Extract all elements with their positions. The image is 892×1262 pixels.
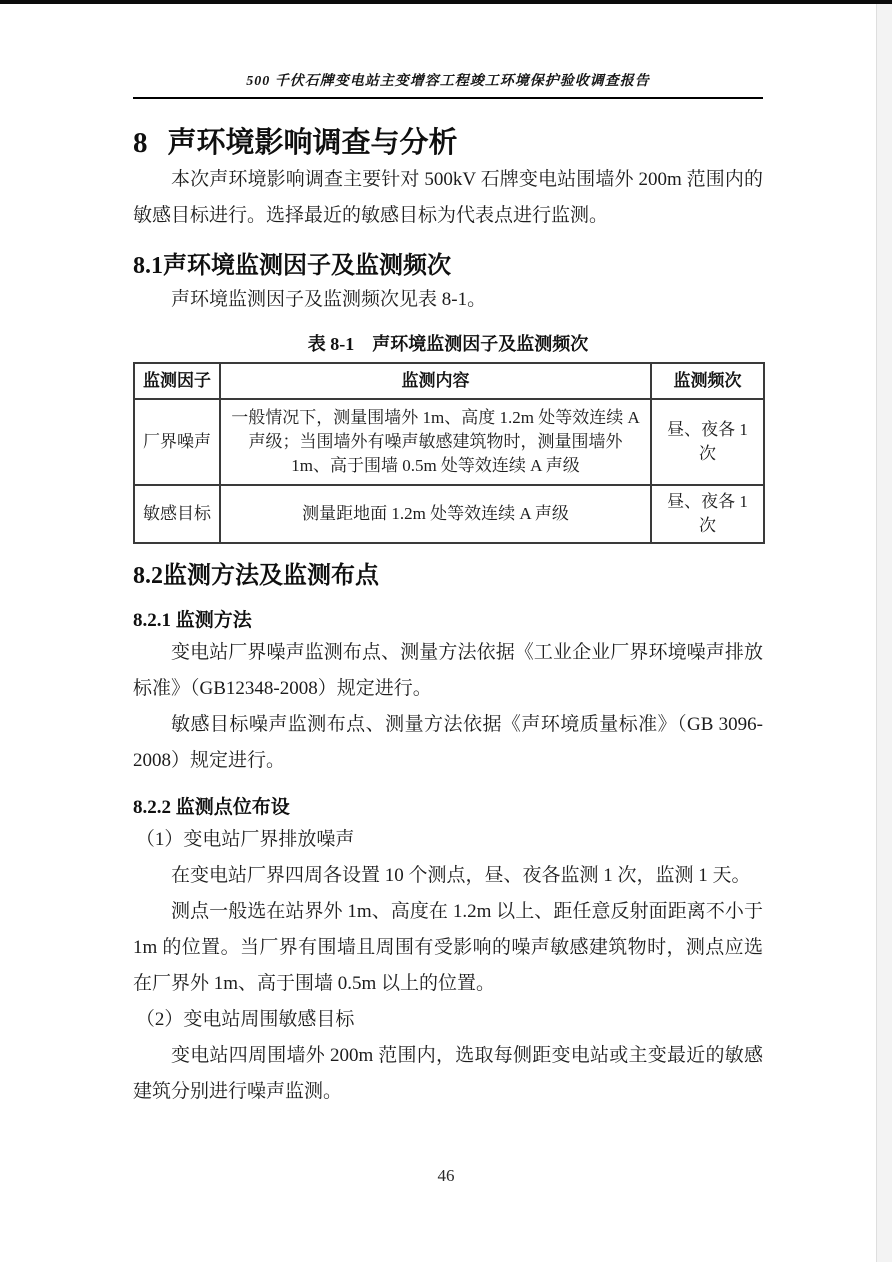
section-8-2-1-paragraph-2: 敏感目标噪声监测布点、测量方法依据《声环境质量标准》（GB 3096-2008）… xyxy=(133,707,763,779)
cell-content: 测量距地面 1.2m 处等效连续 A 声级 xyxy=(220,485,651,543)
section-8-2-1-heading: 8.2.1 监测方法 xyxy=(133,607,763,635)
item-1-paragraph-1: 在变电站厂界四周各设置 10 个测点，昼、夜各监测 1 次，监测 1 天。 xyxy=(133,858,763,894)
chapter-intro-paragraph: 本次声环境影响调查主要针对 500kV 石牌变电站围墙外 200m 范围内的敏感… xyxy=(133,162,763,234)
cell-frequency: 昼、夜各 1 次 xyxy=(651,399,764,485)
section-8-1-paragraph: 声环境监测因子及监测频次见表 8-1。 xyxy=(133,282,763,318)
section-8-1-heading: 8.1声环境监测因子及监测频次 xyxy=(133,250,763,282)
section-8-2-heading: 8.2监测方法及监测布点 xyxy=(133,560,763,592)
running-header: 500 千伏石牌变电站主变增容工程竣工环境保护验收调查报告 xyxy=(133,0,763,90)
scan-right-edge xyxy=(876,4,892,1262)
page-content: 500 千伏石牌变电站主变增容工程竣工环境保护验收调查报告 8声环境影响调查与分… xyxy=(133,0,763,1110)
section-8-2-2-heading: 8.2.2 监测点位布设 xyxy=(133,794,763,822)
item-1-paragraph-2: 测点一般选在站界外 1m、高度在 1.2m 以上、距任意反射面距离不小于 1m … xyxy=(133,894,763,1002)
table-header-content: 监测内容 xyxy=(220,363,651,399)
page-number: 46 xyxy=(0,1166,892,1186)
cell-frequency: 昼、夜各 1 次 xyxy=(651,485,764,543)
item-2-title: （2）变电站周围敏感目标 xyxy=(133,1002,763,1038)
header-rule xyxy=(133,97,763,99)
table-header-factor: 监测因子 xyxy=(134,363,220,399)
table-caption: 表 8-1 声环境监测因子及监测频次 xyxy=(133,330,763,356)
section-8-2-1-paragraph-1: 变电站厂界噪声监测布点、测量方法依据《工业企业厂界环境噪声排放标准》（GB123… xyxy=(133,635,763,707)
item-2-paragraph-1: 变电站四周围墙外 200m 范围内，选取每侧距变电站或主变最近的敏感建筑分别进行… xyxy=(133,1038,763,1110)
chapter-number: 8 xyxy=(133,124,148,162)
item-1-title: （1）变电站厂界排放噪声 xyxy=(133,822,763,858)
monitoring-table: 监测因子 监测内容 监测频次 厂界噪声 一般情况下，测量围墙外 1m、高度 1.… xyxy=(133,362,765,544)
table-row: 厂界噪声 一般情况下，测量围墙外 1m、高度 1.2m 处等效连续 A 声级；当… xyxy=(134,399,764,485)
document-page: 500 千伏石牌变电站主变增容工程竣工环境保护验收调查报告 8声环境影响调查与分… xyxy=(0,0,892,1262)
cell-factor: 厂界噪声 xyxy=(134,399,220,485)
chapter-title-text: 声环境影响调查与分析 xyxy=(168,127,458,159)
cell-content: 一般情况下，测量围墙外 1m、高度 1.2m 处等效连续 A 声级；当围墙外有噪… xyxy=(220,399,651,485)
table-header-row: 监测因子 监测内容 监测频次 xyxy=(134,363,764,399)
cell-factor: 敏感目标 xyxy=(134,485,220,543)
table-row: 敏感目标 测量距地面 1.2m 处等效连续 A 声级 昼、夜各 1 次 xyxy=(134,485,764,543)
chapter-heading: 8声环境影响调查与分析 xyxy=(133,124,763,162)
table-header-frequency: 监测频次 xyxy=(651,363,764,399)
